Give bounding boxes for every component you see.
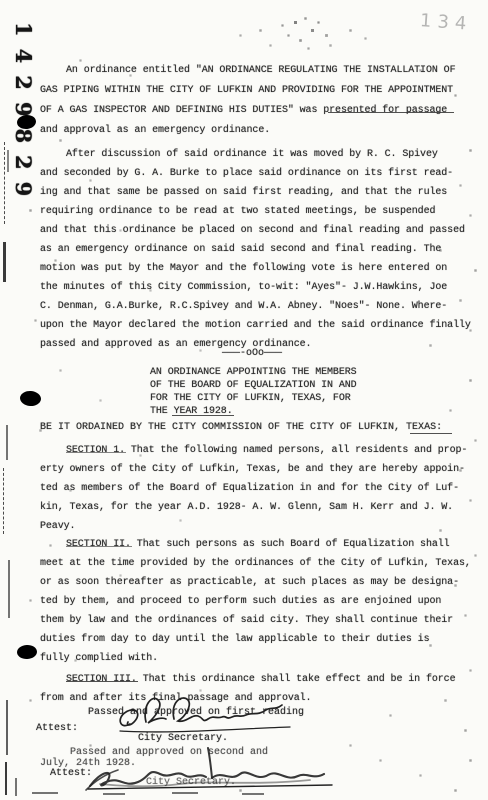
scan-edge-mark bbox=[3, 468, 5, 534]
text-line: SECTION 1. That the following named pers… bbox=[40, 441, 485, 460]
scan-edge-mark bbox=[6, 700, 8, 755]
signature-city-secretary-first bbox=[112, 686, 297, 738]
underline-mark bbox=[66, 546, 132, 547]
text-line: them by law and the ordinances of said c… bbox=[40, 611, 485, 630]
section-2-text: SECTION II. That such persons as such Bo… bbox=[40, 535, 485, 668]
scan-bottom-mark bbox=[242, 793, 264, 795]
scan-edge-mark bbox=[3, 242, 6, 282]
text-line: or as soon thereafter as practicable, at… bbox=[40, 573, 485, 592]
text-line: ing and that same be passed on said firs… bbox=[40, 183, 485, 202]
section-divider: ———-oOo——— bbox=[222, 348, 282, 359]
text-line: the minutes of this City Commission, to-… bbox=[40, 278, 485, 297]
underline-mark bbox=[410, 433, 452, 434]
text-line: and seconded by G. A. Burke to place sai… bbox=[40, 164, 485, 183]
scan-edge-mark bbox=[7, 150, 9, 172]
text-line: Peavy. bbox=[40, 517, 485, 536]
scan-bottom-mark bbox=[32, 792, 58, 794]
section-1-text: SECTION 1. That the following named pers… bbox=[40, 441, 485, 536]
scan-edge-mark bbox=[5, 762, 7, 795]
scan-bottom-mark bbox=[103, 793, 125, 795]
underline-mark bbox=[328, 112, 454, 113]
text-line: OF THE BOARD OF EQUALIZATION IN AND bbox=[150, 379, 430, 392]
page-number-handwritten: 134 bbox=[419, 10, 473, 35]
scan-noise bbox=[0, 0, 1, 1]
text-line: motion was put by the Mayor and the foll… bbox=[40, 259, 485, 278]
text-line: requiring ordinance to be read at two st… bbox=[40, 202, 485, 221]
underline-mark bbox=[66, 452, 126, 453]
text-line: SECTION II. That such persons as such Bo… bbox=[40, 535, 485, 554]
scan-bottom-mark bbox=[172, 792, 198, 794]
text-line: and approval as an emergency ordinance. bbox=[40, 121, 485, 141]
text-line: An ordinance entitled "AN ORDINANCE REGU… bbox=[40, 61, 485, 81]
text-line: as an emergency ordinance on said said s… bbox=[40, 240, 485, 259]
text-line: After discussion of said ordinance it wa… bbox=[40, 145, 485, 164]
scanned-ordinance-page: 1429829 134 An ordinance entitled "AN OR… bbox=[0, 0, 488, 800]
enactment-clause: BE IT ORDAINED BY THE CITY COMMISSION OF… bbox=[40, 422, 442, 433]
text-line: meet at the time provided by the ordinan… bbox=[40, 554, 485, 573]
text-line: kin, Texas, for the year A.D. 1928- A. W… bbox=[40, 498, 485, 517]
text-line: ted as members of the Board of Equalizat… bbox=[40, 479, 485, 498]
scan-edge-mark bbox=[4, 142, 6, 224]
underline-mark bbox=[172, 415, 234, 416]
hole-punch bbox=[20, 390, 42, 406]
ordinance-title-heading: AN ORDINANCE APPOINTING THE MEMBERSOF TH… bbox=[150, 366, 430, 418]
text-line: duties from day to day until the law app… bbox=[40, 630, 485, 649]
paragraph-motion-and-vote: After discussion of said ordinance it wa… bbox=[40, 145, 485, 354]
text-line: AN ORDINANCE APPOINTING THE MEMBERS bbox=[150, 366, 430, 379]
text-line: upon the Mayor declared the motion carri… bbox=[40, 316, 485, 335]
text-line: and that this ordinance be placed on sec… bbox=[40, 221, 485, 240]
text-line: erty owners of the City of Lufkin, Texas… bbox=[40, 460, 485, 479]
text-line: GAS PIPING WITHIN THE CITY OF LUFKIN AND… bbox=[40, 81, 485, 101]
text-line: ted by them, and proceed to perform such… bbox=[40, 592, 485, 611]
paragraph-gas-ordinance-presented: An ordinance entitled "AN ORDINANCE REGU… bbox=[40, 61, 485, 141]
text-line: OF A GAS INSPECTOR AND DEFINING HIS DUTI… bbox=[40, 101, 485, 121]
text-line: C. Denman, G.A.Burke, R.C.Spivey and W.A… bbox=[40, 297, 485, 316]
scan-edge-mark bbox=[8, 560, 10, 618]
attest-label-1: Attest: bbox=[36, 723, 78, 734]
hole-punch bbox=[17, 644, 38, 659]
underline-mark bbox=[66, 681, 138, 682]
scan-edge-mark bbox=[15, 778, 17, 796]
text-line: fully complied with. bbox=[40, 649, 485, 668]
scan-edge-mark bbox=[6, 425, 8, 460]
signature-city-secretary-second bbox=[80, 742, 345, 796]
text-line: FOR THE CITY OF LUFKIN, TEXAS, FOR bbox=[150, 392, 430, 405]
